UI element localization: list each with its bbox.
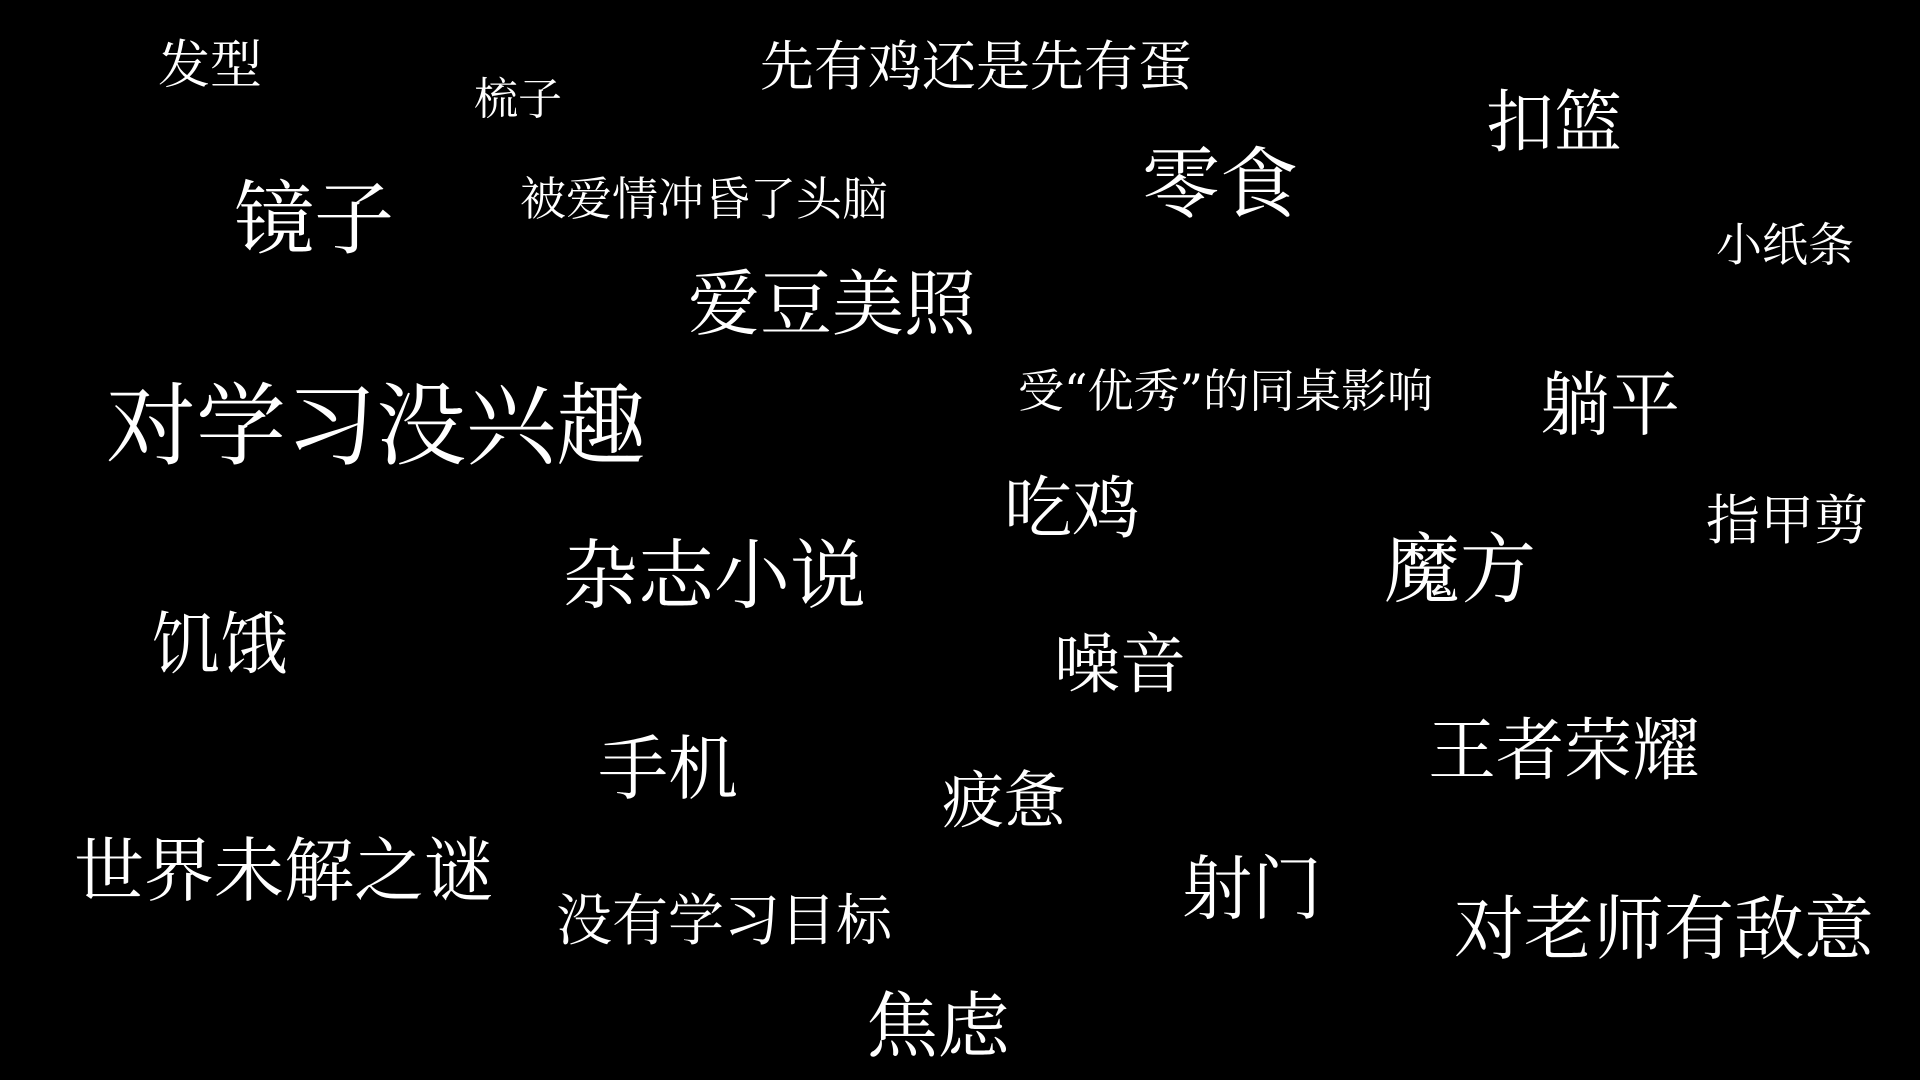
word-cloud-term: 对老师有敌意 — [1454, 894, 1874, 964]
word-cloud-term: 小纸条 — [1716, 222, 1854, 268]
word-cloud-term: 手机 — [598, 734, 738, 804]
word-cloud-term: 被爱情冲昏了头脑 — [520, 176, 888, 222]
word-cloud-term: 魔方 — [1384, 532, 1536, 608]
word-cloud-term: 先有鸡还是先有蛋 — [760, 40, 1192, 94]
word-cloud-term: 镜子 — [234, 180, 394, 260]
word-cloud-term: 躺平 — [1540, 370, 1680, 440]
word-cloud-term: 射门 — [1182, 854, 1322, 924]
word-cloud-term: 扣篮 — [1486, 90, 1622, 158]
word-cloud-term: 王者荣耀 — [1428, 718, 1700, 786]
word-cloud-term: 疲惫 — [942, 770, 1066, 832]
word-cloud-term: 爱豆美照 — [688, 268, 976, 340]
word-cloud-term: 噪音 — [1054, 632, 1186, 698]
word-cloud-term: 零食 — [1142, 146, 1298, 224]
word-cloud-term: 受“优秀”的同桌影响 — [1018, 368, 1433, 414]
word-cloud-term: 世界未解之谜 — [74, 836, 494, 906]
word-cloud-term: 发型 — [158, 40, 262, 92]
word-cloud-term: 没有学习目标 — [556, 894, 892, 950]
word-cloud-term: 指甲剪 — [1706, 494, 1868, 548]
word-cloud-term: 梳子 — [474, 78, 562, 122]
word-cloud-term: 饥饿 — [152, 612, 288, 680]
word-cloud-term: 对学习没兴趣 — [106, 382, 646, 472]
word-cloud-term: 吃鸡 — [1004, 476, 1140, 544]
word-cloud-term: 杂志小说 — [562, 538, 866, 614]
word-cloud-term: 焦虑 — [866, 990, 1010, 1062]
